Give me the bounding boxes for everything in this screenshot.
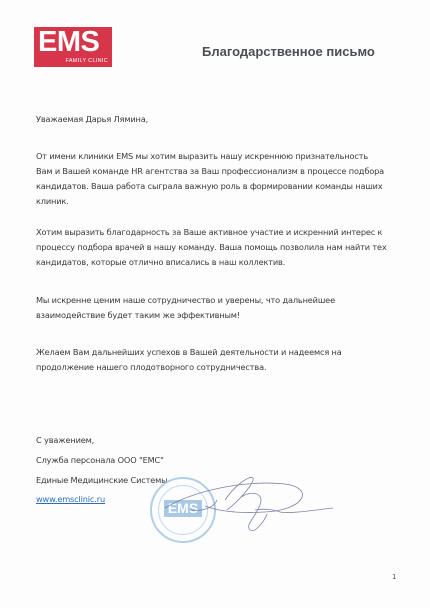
- paragraph-3-line-1: Мы искренне ценим наше сотрудничество и …: [36, 293, 335, 308]
- letter-title: Благодарственное письмо: [202, 44, 375, 59]
- page-number: 1: [392, 573, 396, 581]
- paragraph-1-line-1: От имени клиники EMS мы хотим выразить н…: [36, 149, 368, 164]
- greeting: Уважаемая Дарья Лямина,: [36, 112, 148, 127]
- website-link[interactable]: www.emsclinic.ru: [36, 492, 105, 507]
- paragraph-1-line-4: клиник.: [36, 194, 69, 209]
- ems-logo: EMS FAMILY CLINIC: [34, 27, 112, 67]
- paragraph-2-line-1: Хотим выразить благодарность за Ваше акт…: [36, 225, 382, 240]
- letter-page: EMS FAMILY CLINIC Благодарственное письм…: [0, 0, 430, 608]
- paragraph-3-line-2: взаимодействие будет таким же эффективны…: [36, 308, 240, 323]
- paragraph-4-line-2: продолжение нашего плодотворного сотрудн…: [36, 360, 266, 375]
- paragraph-1-line-2: Вам и Вашей команде HR агентства за Ваш …: [36, 164, 384, 179]
- closing-department: Служба персонала ООО "ЕМС": [36, 453, 164, 468]
- signature-icon: [155, 470, 335, 550]
- closing-regards: С уважением,: [36, 433, 94, 448]
- paragraph-1-line-3: кандидатов. Ваша работа сыграла важную р…: [36, 179, 383, 194]
- closing-company: Единые Медицинские Системы: [36, 473, 167, 488]
- paragraph-2-line-2: процессу подбора врачей в нашу команду. …: [36, 240, 387, 255]
- logo-subtitle: FAMILY CLINIC: [65, 58, 108, 64]
- paragraph-4-line-1: Желаем Вам дальнейших успехов в Вашей де…: [36, 345, 342, 360]
- logo-brand: EMS: [38, 25, 99, 59]
- paragraph-2-line-3: кандидатов, которые отлично вписались в …: [36, 255, 285, 270]
